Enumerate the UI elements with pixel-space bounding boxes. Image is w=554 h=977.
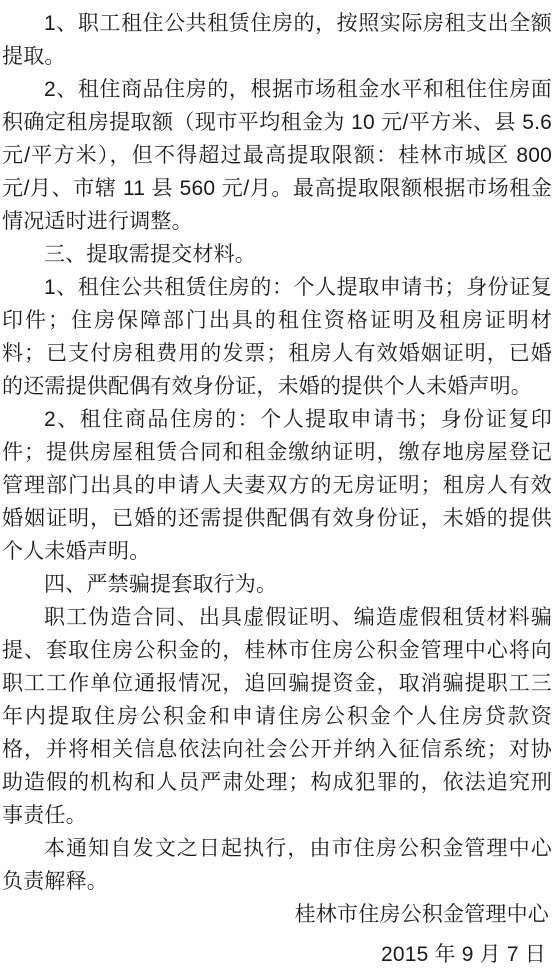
- section-heading-fraud-prohibition: 四、严禁骗提套取行为。: [2, 568, 552, 601]
- notice-document-page: 1、职工租住公共租赁住房的，按照实际房租支出全额提取。 2、租住商品住房的，根据…: [0, 0, 554, 977]
- section-heading-required-materials: 三、提取需提交材料。: [2, 238, 552, 271]
- paragraph-materials-public-rental: 1、租住公共租赁住房的：个人提取申请书；身份证复印件；住房保障部门出具的租住资格…: [2, 271, 552, 403]
- paragraph-materials-commercial-rental: 2、租住商品住房的：个人提取申请书；身份证复印件；提供房屋租赁合同和租金缴纳证明…: [2, 403, 552, 568]
- paragraph-rent-commercial-housing-limits: 2、租住商品住房的，根据市场租金水平和租住住房面积确定租房提取额（现市平均租金为…: [2, 73, 552, 238]
- paragraph-fraud-penalties: 职工伪造合同、出具虚假证明、编造虚假租赁材料骗提、套取住房公积金的，桂林市住房公…: [2, 601, 552, 832]
- issue-date: 2015 年 9 月 7 日: [2, 938, 552, 971]
- paragraph-effective-date-interpretation: 本通知自发文之日起执行，由市住房公积金管理中心负责解释。: [2, 832, 552, 898]
- paragraph-rent-public-housing-withdrawal: 1、职工租住公共租赁住房的，按照实际房租支出全额提取。: [2, 7, 552, 73]
